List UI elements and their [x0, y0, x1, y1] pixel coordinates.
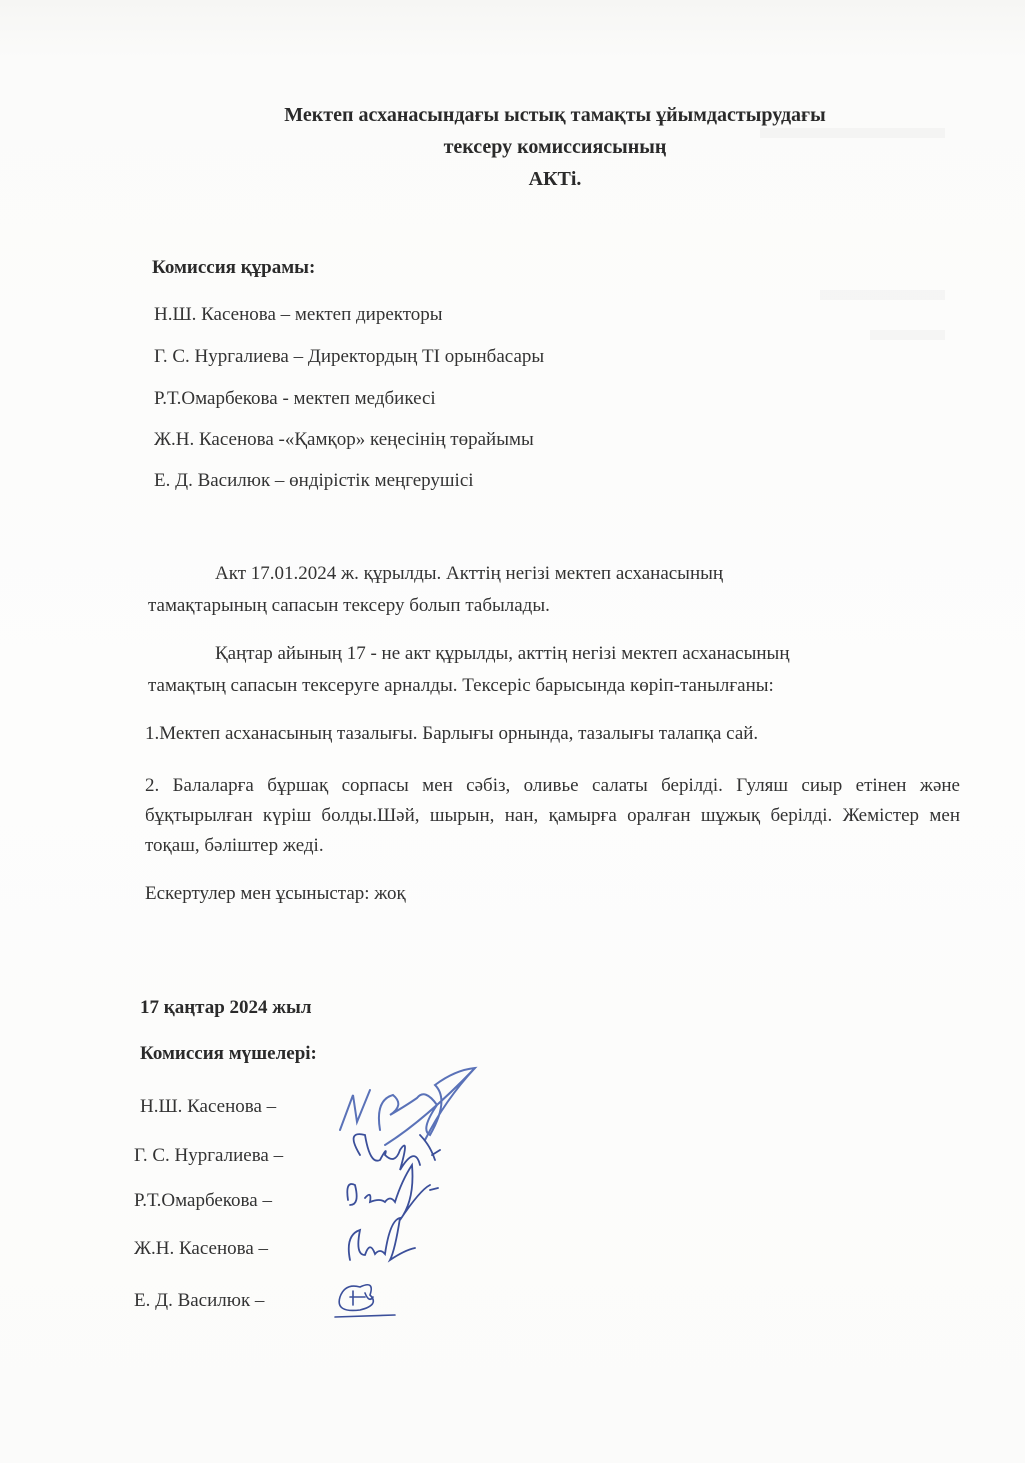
document-title-line-2: тексеру комиссиясының [150, 136, 960, 159]
signature-vasilyuk [325, 1275, 405, 1320]
commission-member: Н.Ш. Касенова – мектеп директоры [154, 304, 443, 326]
signer-name: Н.Ш. Касенова – [140, 1096, 276, 1118]
signer-name: Ж.Н. Касенова – [134, 1238, 268, 1260]
paragraph-1-line-1: Акт 17.01.2024 ж. құрылды. Акттің негізі… [215, 563, 723, 585]
commission-member: Ж.Н. Касенова -«Қамқор» кеңесінің төрайы… [154, 429, 534, 451]
paragraph-2-line-1: Қаңтар айының 17 - не акт құрылды, актті… [215, 643, 789, 665]
show-through-artifact [820, 290, 945, 300]
show-through-artifact [870, 330, 945, 340]
paragraph-2-line-2: тамақтың сапасын тексеруге арналды. Текс… [148, 675, 774, 697]
document-title-line-3: АКТі. [150, 168, 960, 191]
remarks: Ескертулер мен ұсыныстар: жоқ [145, 883, 406, 905]
commission-member: Р.Т.Омарбекова - мектеп медбикесі [154, 388, 436, 410]
finding-2: 2. Балаларға бұршақ сорпасы мен сәбіз, о… [145, 771, 960, 861]
signer-name: Е. Д. Василюк – [134, 1290, 264, 1312]
document-date: 17 қаңтар 2024 жыл [140, 997, 312, 1019]
commission-member: Г. С. Нургалиева – Директордың ТІ орынба… [154, 346, 544, 368]
finding-1: 1.Мектеп асханасының тазалығы. Барлығы о… [145, 723, 758, 745]
signer-name: Р.Т.Омарбекова – [134, 1190, 272, 1212]
document-title-line-1: Мектеп асханасындағы ыстық тамақты ұйымд… [150, 104, 960, 127]
commission-heading: Комиссия құрамы: [152, 257, 315, 279]
commission-member: Е. Д. Василюк – өндірістік меңгерушісі [154, 470, 474, 492]
document-page: Мектеп асханасындағы ыстық тамақты ұйымд… [0, 0, 1025, 1463]
signature-kasenova-zhn [335, 1210, 435, 1270]
signatures-heading: Комиссия мүшелері: [140, 1043, 317, 1065]
signer-name: Г. С. Нургалиева – [134, 1145, 283, 1167]
paragraph-1-line-2: тамақтарының сапасын тексеру болып табыл… [148, 595, 550, 617]
